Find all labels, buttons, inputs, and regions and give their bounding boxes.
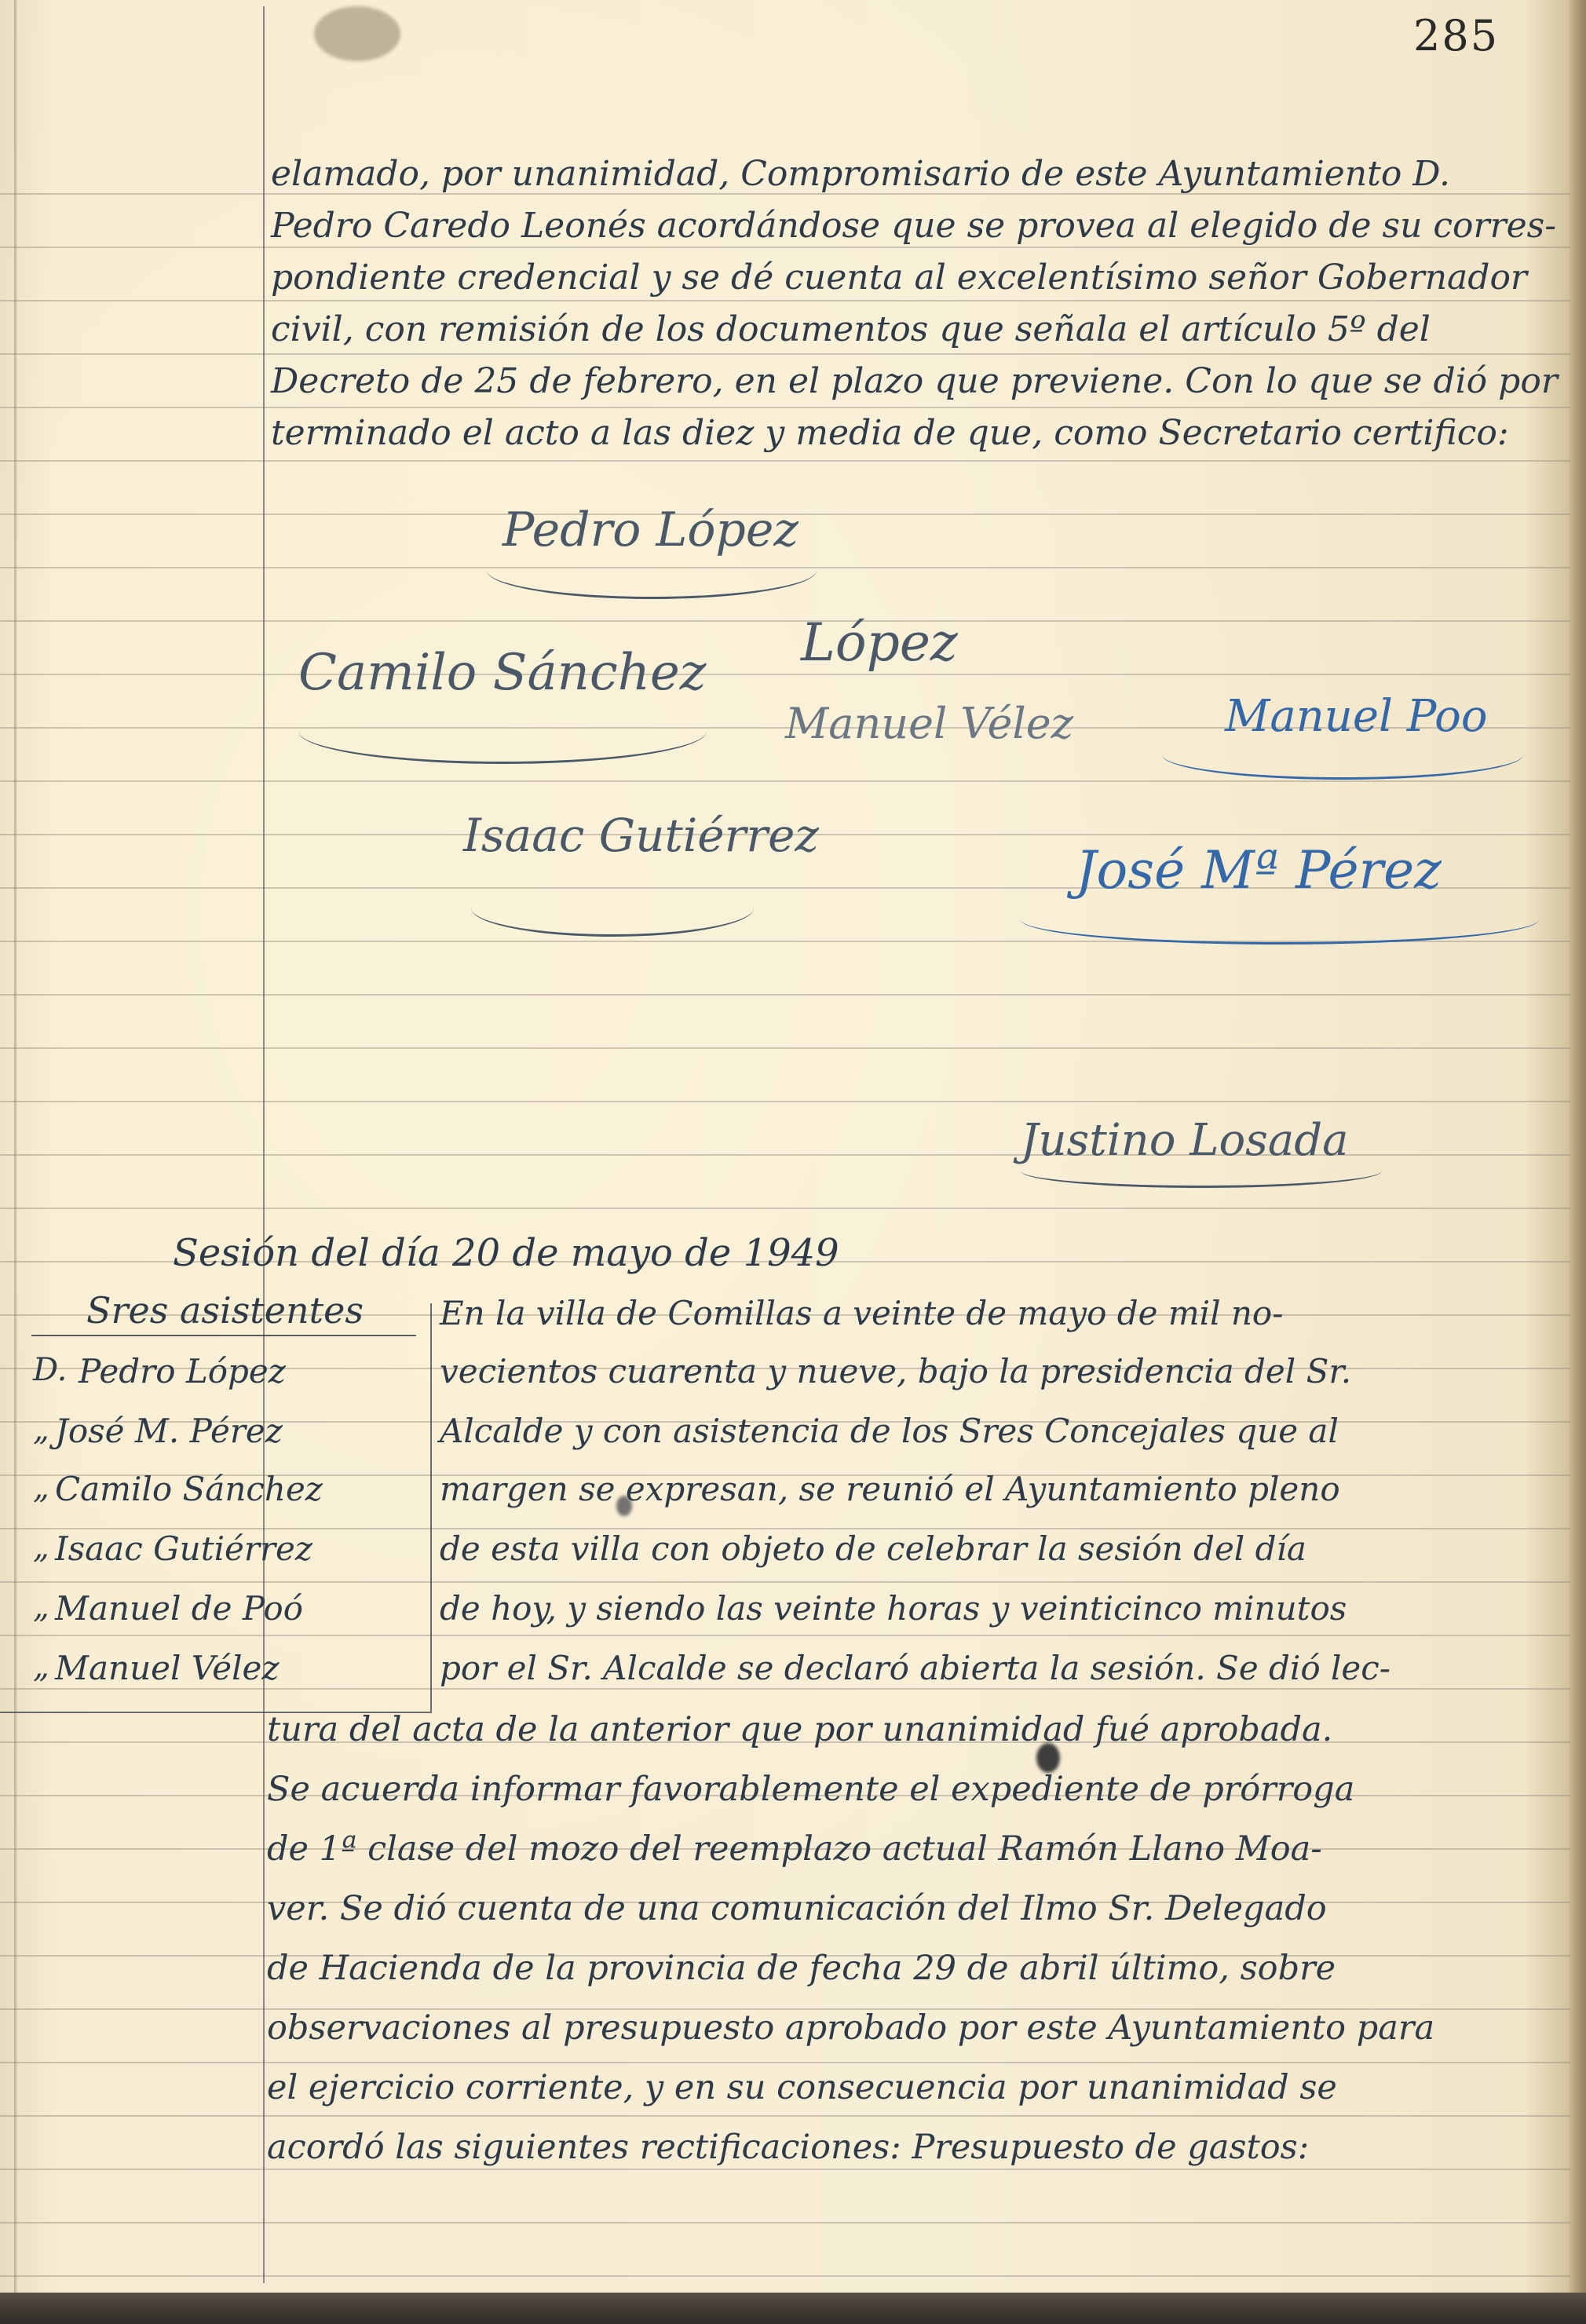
text-line: de Hacienda de la provincia de fecha 29 … <box>267 1949 1336 1988</box>
text-line: civil, con remisión de los documentos qu… <box>271 309 1431 349</box>
ink-stain <box>314 6 400 61</box>
text-line: ver. Se dió cuenta de una comunicación d… <box>267 1889 1327 1928</box>
attendee-name: Pedro López <box>79 1352 286 1390</box>
text-line: de hoy, y siendo las veinte horas y vein… <box>440 1589 1347 1628</box>
attendee-prefix: „ <box>33 1412 49 1448</box>
text-line: Pedro Caredo Leonés acordándose que se p… <box>271 206 1556 246</box>
signature-flourish <box>298 699 707 764</box>
text-line: terminado el acto a las diez y media de … <box>271 413 1509 453</box>
text-line: de esta villa con objeto de celebrar la … <box>440 1529 1306 1568</box>
text-line: el ejercicio corriente, y en su consecue… <box>267 2068 1337 2107</box>
attendee-prefix: D. <box>33 1352 67 1388</box>
attendees-heading-underline <box>31 1335 416 1336</box>
page-number: 285 <box>1413 11 1499 60</box>
signature-flourish <box>471 879 754 937</box>
signature: Camilo Sánchez <box>298 644 707 702</box>
ledger-page: 285 elamado, por unanimidad, Compromisar… <box>0 0 1586 2293</box>
signature: López <box>801 612 958 673</box>
signature: Manuel Vélez <box>785 699 1073 748</box>
attendees-heading: Sres asistentes <box>86 1289 364 1332</box>
attendee-prefix: „ <box>33 1589 49 1625</box>
text-line: vecientos cuarenta y nueve, bajo la pres… <box>440 1352 1351 1390</box>
session-heading: Sesión del día 20 de mayo de 1949 <box>173 1231 839 1275</box>
text-line: tura del acta de la anterior que por una… <box>267 1710 1332 1749</box>
attendee-prefix: „ <box>33 1649 49 1685</box>
text-line: margen se expresan, se reunió el Ayuntam… <box>440 1470 1340 1508</box>
text-line: Decreto de 25 de febrero, en el plazo qu… <box>271 361 1558 401</box>
text-line: elamado, por unanimidad, Compromisario d… <box>271 154 1450 194</box>
page-left-edge <box>14 0 16 2293</box>
attendee-name: José M. Pérez <box>55 1412 283 1450</box>
text-line: acordó las siguientes rectificaciones: P… <box>267 2128 1309 2167</box>
signature-flourish <box>487 542 817 599</box>
attendee-prefix: „ <box>33 1529 49 1566</box>
text-line: En la villa de Comillas a veinte de mayo… <box>440 1294 1283 1332</box>
signature: José Mª Pérez <box>1076 840 1442 901</box>
signature-flourish <box>1021 1154 1382 1188</box>
text-line: observaciones al presupuesto aprobado po… <box>267 2008 1434 2048</box>
signature: Isaac Gutiérrez <box>463 809 819 862</box>
text-line: pondiente credencial y se dé cuenta al e… <box>271 258 1527 298</box>
text-line: de 1ª clase del mozo del reemplazo actua… <box>267 1829 1322 1869</box>
attendee-prefix: „ <box>33 1470 49 1506</box>
page-bottom-edge <box>0 2293 1586 2324</box>
attendee-name: Isaac Gutiérrez <box>55 1529 312 1568</box>
binding-shadow <box>1569 0 1586 2293</box>
margin-line <box>263 6 265 2283</box>
attendee-name: Camilo Sánchez <box>55 1470 323 1508</box>
text-line: por el Sr. Alcalde se declaró abierta la… <box>440 1649 1390 1687</box>
signature-flourish <box>1162 730 1523 780</box>
text-line: Alcalde y con asistencia de los Sres Con… <box>440 1412 1339 1450</box>
text-line: Se acuerda informar favorablemente el ex… <box>267 1770 1354 1809</box>
signature-flourish <box>1021 895 1539 945</box>
attendee-name: Manuel Vélez <box>55 1649 280 1687</box>
attendee-name: Manuel de Poó <box>55 1589 303 1628</box>
